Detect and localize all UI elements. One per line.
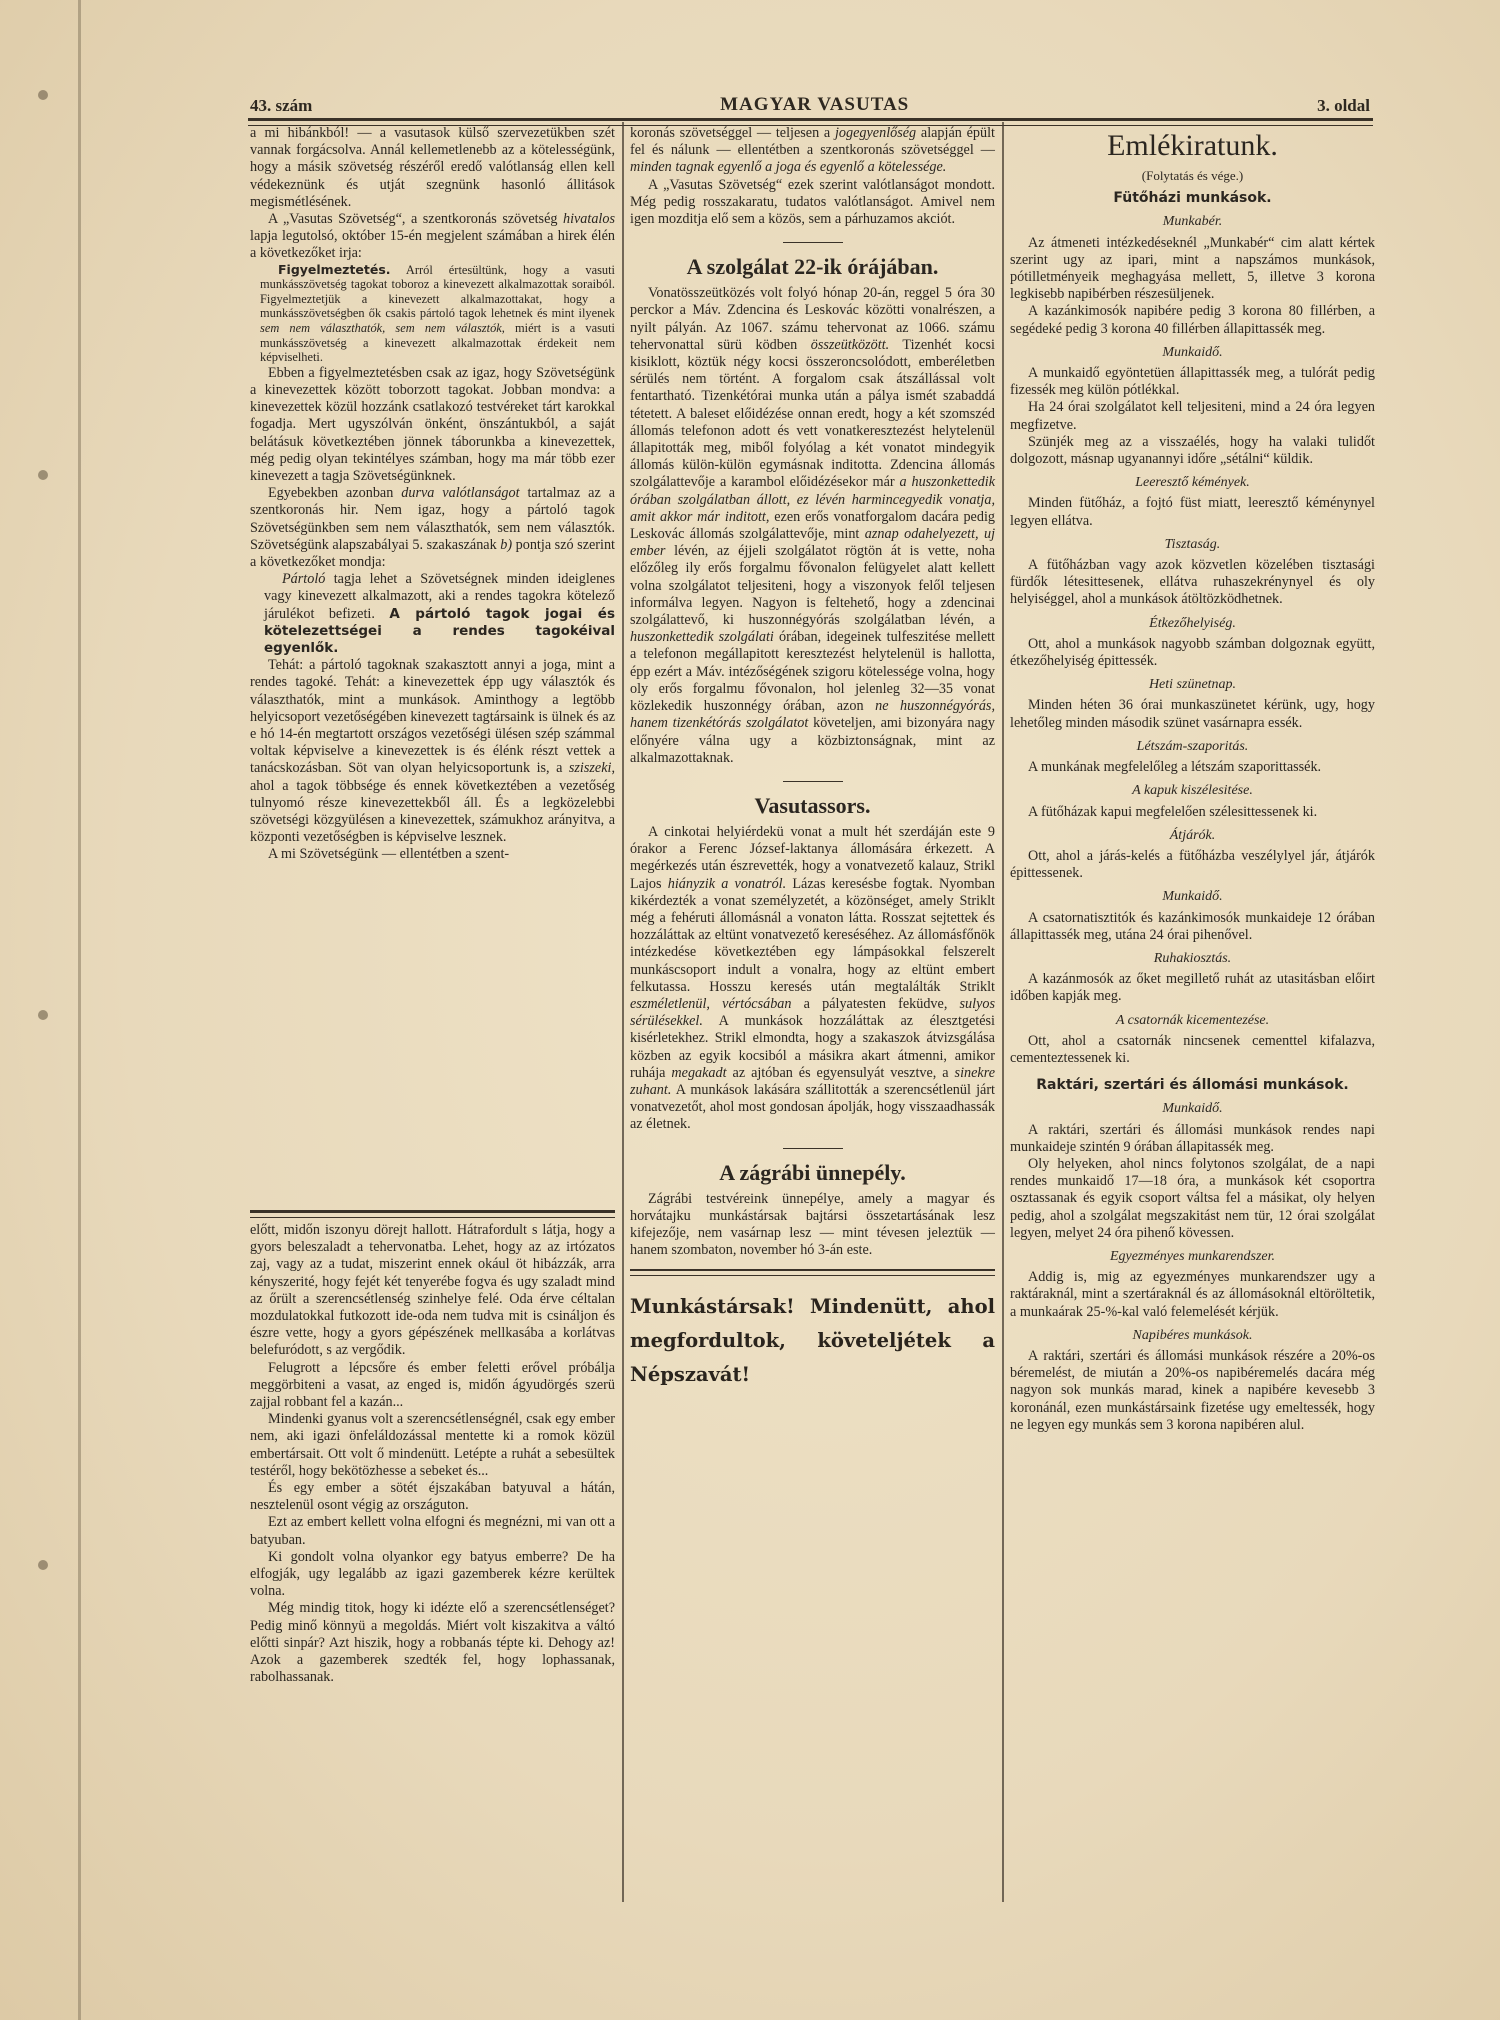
paragraph: A cinkotai helyiérdekü vonat a mult hét … [630, 824, 995, 1134]
newspaper-page: 43. szám MAGYAR VASUTAS 3. oldal a mi hi… [0, 0, 1500, 2020]
article-title: Vasutassors. [630, 792, 995, 820]
subsection-heading: A csatornák kicementezése. [1010, 1012, 1375, 1029]
subsection-heading: Tisztaság. [1010, 536, 1375, 553]
subsection-heading: Napibéres munkások. [1010, 1327, 1375, 1344]
column-3: Emlékiratunk. (Folytatás és vége.) Fütőh… [1010, 125, 1375, 1434]
call-to-action: Munkástársak! Mindenütt, ahol megfordult… [630, 1290, 995, 1392]
paragraph: Oly helyeken, ahol nincs folytonos szolg… [1010, 1156, 1375, 1242]
paragraph: Ebben a figyelmeztetésben csak az igaz, … [250, 365, 615, 485]
statute-quote: Pártoló tagja lehet a Szövetségnek minde… [250, 571, 615, 657]
paragraph: Felugrott a lépcsőre és ember feletti er… [250, 1360, 615, 1412]
article-separator [783, 242, 843, 243]
subsection-heading: Létszám-szaporitás. [1010, 738, 1375, 755]
story-separator-rule [250, 1210, 615, 1218]
section-heading: Fütőházi munkások. [1010, 190, 1375, 207]
article-title: A szolgálat 22-ik órájában. [630, 253, 995, 281]
paragraph: koronás szövetséggel — teljesen a jogegy… [630, 125, 995, 177]
binding-hole [38, 1560, 48, 1570]
paragraph: A munkaidő egyöntetüen állapittassék meg… [1010, 365, 1375, 399]
paragraph: A kazánkimosók napibére pedig 3 korona 8… [1010, 303, 1375, 337]
binding-hole [38, 1010, 48, 1020]
paragraph: Egyebekben azonban durva valótlanságot t… [250, 485, 615, 571]
paragraph: A fütőházak kapui megfelelően szélesitte… [1010, 804, 1375, 821]
page-number: 3. oldal [1317, 96, 1370, 116]
paragraph: Vonatösszeütközés volt folyó hónap 20-án… [630, 285, 995, 767]
column-divider [1002, 122, 1004, 1902]
paragraph: Minden fütőház, a fojtó füst miatt, leer… [1010, 495, 1375, 529]
subsection-heading: Heti szünetnap. [1010, 676, 1375, 693]
paragraph: A raktári, szertári és állomási munkások… [1010, 1122, 1375, 1156]
article-subtitle: (Folytatás és vége.) [1010, 167, 1375, 184]
paragraph: a mi hibánkból! — a vasutasok külső szer… [250, 125, 615, 211]
paragraph: Ott, ahol a járás-kelés a fütőházba vesz… [1010, 848, 1375, 882]
paragraph: A fütőházban vagy azok közvetlen közeléb… [1010, 557, 1375, 609]
binding-hole [38, 470, 48, 480]
paragraph: Szünjék meg az a visszaélés, hogy ha val… [1010, 434, 1375, 468]
paragraph: Ezt az embert kellett volna elfogni és m… [250, 1514, 615, 1548]
column-1: a mi hibánkból! — a vasutasok külső szer… [250, 125, 615, 864]
paragraph: Addig is, mig az egyezményes munkarendsz… [1010, 1269, 1375, 1321]
paragraph: És egy ember a sötét éjszakában batyuval… [250, 1480, 615, 1514]
subsection-heading: Leeresztő kémények. [1010, 474, 1375, 491]
paragraph: Ott, ahol a csatornák nincsenek cementte… [1010, 1033, 1375, 1067]
paragraph: Mindenki gyanus volt a szerencsétlenségn… [250, 1411, 615, 1480]
paragraph: Ott, ahol a munkások nagyobb számban dol… [1010, 636, 1375, 670]
page-binding-edge [78, 0, 81, 2020]
subsection-heading: Átjárók. [1010, 827, 1375, 844]
subsection-heading: Munkabér. [1010, 213, 1375, 230]
masthead-title: MAGYAR VASUTAS [720, 94, 909, 116]
column-2: koronás szövetséggel — teljesen a jogegy… [630, 125, 995, 1392]
article-title: Emlékiratunk. [1010, 129, 1375, 163]
column-1-story: előtt, midőn iszonyu dörejt hallott. Hát… [250, 1222, 615, 1686]
subsection-heading: Munkaidő. [1010, 888, 1375, 905]
paragraph: Ki gondolt volna olyankor egy batyus emb… [250, 1549, 615, 1601]
paragraph: Még mindig titok, hogy ki idézte elő a s… [250, 1600, 615, 1686]
paragraph: előtt, midőn iszonyu dörejt hallott. Hát… [250, 1222, 615, 1360]
paragraph: A „Vasutas Szövetség“, a szentkoronás sz… [250, 211, 615, 263]
paragraph: A raktári, szertári és állomási munkások… [1010, 1348, 1375, 1434]
subsection-heading: Egyezményes munkarendszer. [1010, 1248, 1375, 1265]
article-separator [783, 1148, 843, 1149]
article-title: A zágrábi ünnepély. [630, 1159, 995, 1187]
paragraph: A mi Szövetségünk — ellentétben a szent- [250, 846, 615, 863]
subsection-heading: Étkezőhelyiség. [1010, 615, 1375, 632]
column-divider [622, 122, 624, 1902]
double-rule [630, 1269, 995, 1276]
subsection-heading: Munkaidő. [1010, 1100, 1375, 1117]
paragraph: Minden héten 36 órai munkaszünetet kérün… [1010, 697, 1375, 731]
paragraph: A munkának megfelelőleg a létszám szapor… [1010, 759, 1375, 776]
subsection-heading: Ruhakiosztás. [1010, 950, 1375, 967]
paragraph: A csatornatisztitók és kazánkimosók munk… [1010, 910, 1375, 944]
paragraph: A kazánmosók az őket megillető ruhát az … [1010, 971, 1375, 1005]
section-heading: Raktári, szertári és állomási munkások. [1010, 1077, 1375, 1094]
paragraph: Tehát: a pártoló tagoknak szakasztott an… [250, 657, 615, 846]
quoted-notice: Figyelmeztetés. Arról értesültünk, hogy … [250, 263, 615, 365]
article-separator [783, 781, 843, 782]
paragraph: A „Vasutas Szövetség“ ezek szerint valót… [630, 177, 995, 229]
paragraph: Ha 24 órai szolgálatot kell teljesiteni,… [1010, 399, 1375, 433]
page-header: 43. szám MAGYAR VASUTAS 3. oldal [250, 94, 1370, 116]
binding-hole [38, 90, 48, 100]
subsection-heading: A kapuk kiszélesitése. [1010, 782, 1375, 799]
issue-number: 43. szám [250, 96, 312, 116]
paragraph: Az átmeneti intézkedéseknél „Munkabér“ c… [1010, 235, 1375, 304]
paragraph: Zágrábi testvéreink ünnepélye, amely a m… [630, 1191, 995, 1260]
subsection-heading: Munkaidő. [1010, 344, 1375, 361]
